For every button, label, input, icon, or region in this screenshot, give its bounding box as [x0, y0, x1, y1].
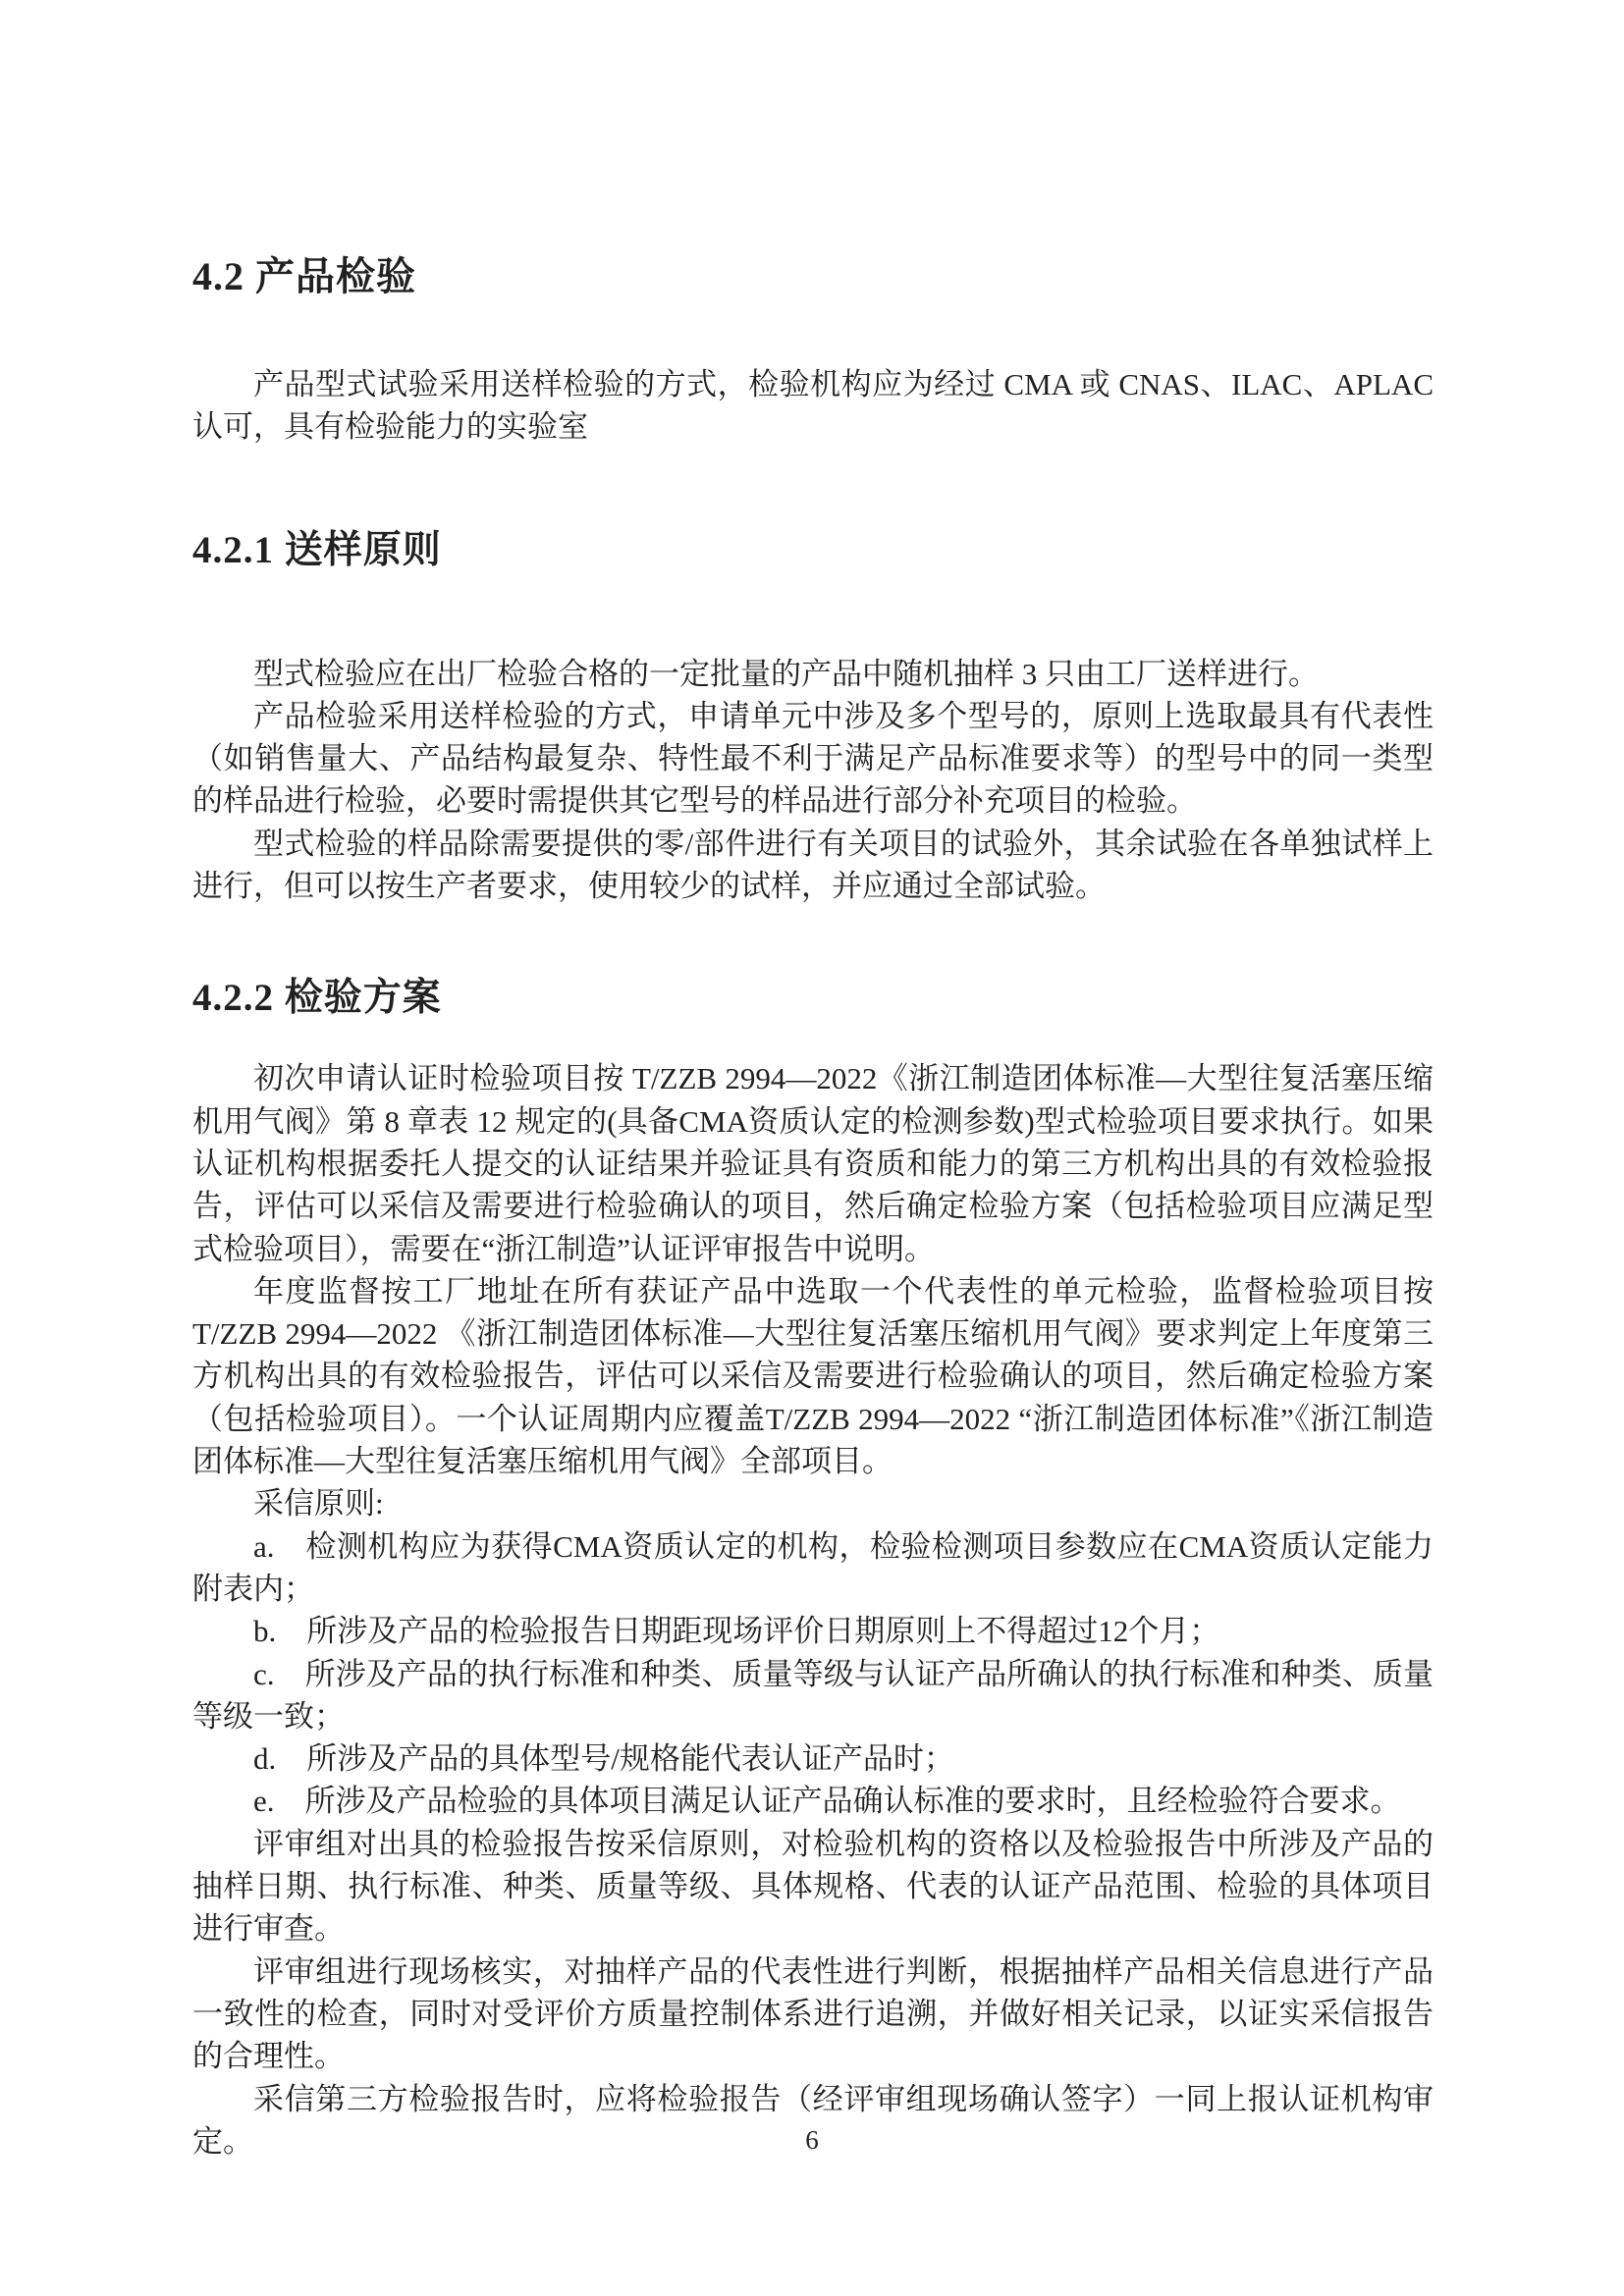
paragraph-adoption-principles-label: 采信原则: [192, 1482, 1434, 1524]
paragraph: 产品检验采用送样检验的方式，申请单元中涉及多个型号的，原则上选取最具有代表性（如… [192, 695, 1434, 823]
section-heading-4-2: 4.2 产品检验 [192, 253, 1434, 300]
page-number: 6 [0, 2125, 1624, 2156]
list-item-d: d. 所涉及产品的具体型号/规格能代表认证产品时； [192, 1737, 1434, 1780]
paragraph: 评审组进行现场核实，对抽样产品的代表性进行判断，根据抽样产品相关信息进行产品一致… [192, 1950, 1434, 2078]
list-item-a: a. 检测机构应为获得CMA资质认定的机构，检验检测项目参数应在CMA资质认定能… [192, 1525, 1434, 1611]
paragraph: 评审组对出具的检验报告按采信原则，对检验机构的资格以及检验报告中所涉及产品的抽样… [192, 1823, 1434, 1950]
paragraph: 型式检验应在出厂检验合格的一定批量的产品中随机抽样 3 只由工厂送样进行。 [192, 653, 1434, 695]
document-content: 4.2 产品检验 产品型式试验采用送样检验的方式，检验机构应为经过 CMA 或 … [192, 0, 1434, 2163]
section-4-2-1: 4.2.1 送样原则 型式检验应在出厂检验合格的一定批量的产品中随机抽样 3 只… [192, 528, 1434, 908]
section-heading-4-2-2: 4.2.2 检验方案 [192, 976, 1434, 1021]
list-item-c: c. 所涉及产品的执行标准和种类、质量等级与认证产品所确认的执行标准和种类、质量… [192, 1653, 1434, 1738]
paragraph: 年度监督按工厂地址在所有获证产品中选取一个代表性的单元检验，监督检验项目按T/Z… [192, 1270, 1434, 1482]
list-item-e: e. 所涉及产品检验的具体项目满足认证产品确认标准的要求时，且经检验符合要求。 [192, 1780, 1434, 1822]
paragraph: 型式检验的样品除需要提供的零/部件进行有关项目的试验外，其余试验在各单独试样上进… [192, 823, 1434, 908]
document-page: 4.2 产品检验 产品型式试验采用送样检验的方式，检验机构应为经过 CMA 或 … [0, 0, 1624, 2296]
paragraph: 产品型式试验采用送样检验的方式，检验机构应为经过 CMA 或 CNAS、ILAC… [192, 363, 1434, 449]
paragraph: 初次申请认证时检验项目按 T/ZZB 2994—2022《浙江制造团体标准—大型… [192, 1057, 1434, 1269]
section-4-2-2: 4.2.2 检验方案 初次申请认证时检验项目按 T/ZZB 2994—2022《… [192, 976, 1434, 2163]
list-item-b: b. 所涉及产品的检验报告日期距现场评价日期原则上不得超过12个月； [192, 1610, 1434, 1652]
section-heading-4-2-1: 4.2.1 送样原则 [192, 528, 1434, 573]
section-4-2: 4.2 产品检验 产品型式试验采用送样检验的方式，检验机构应为经过 CMA 或 … [192, 253, 1434, 449]
